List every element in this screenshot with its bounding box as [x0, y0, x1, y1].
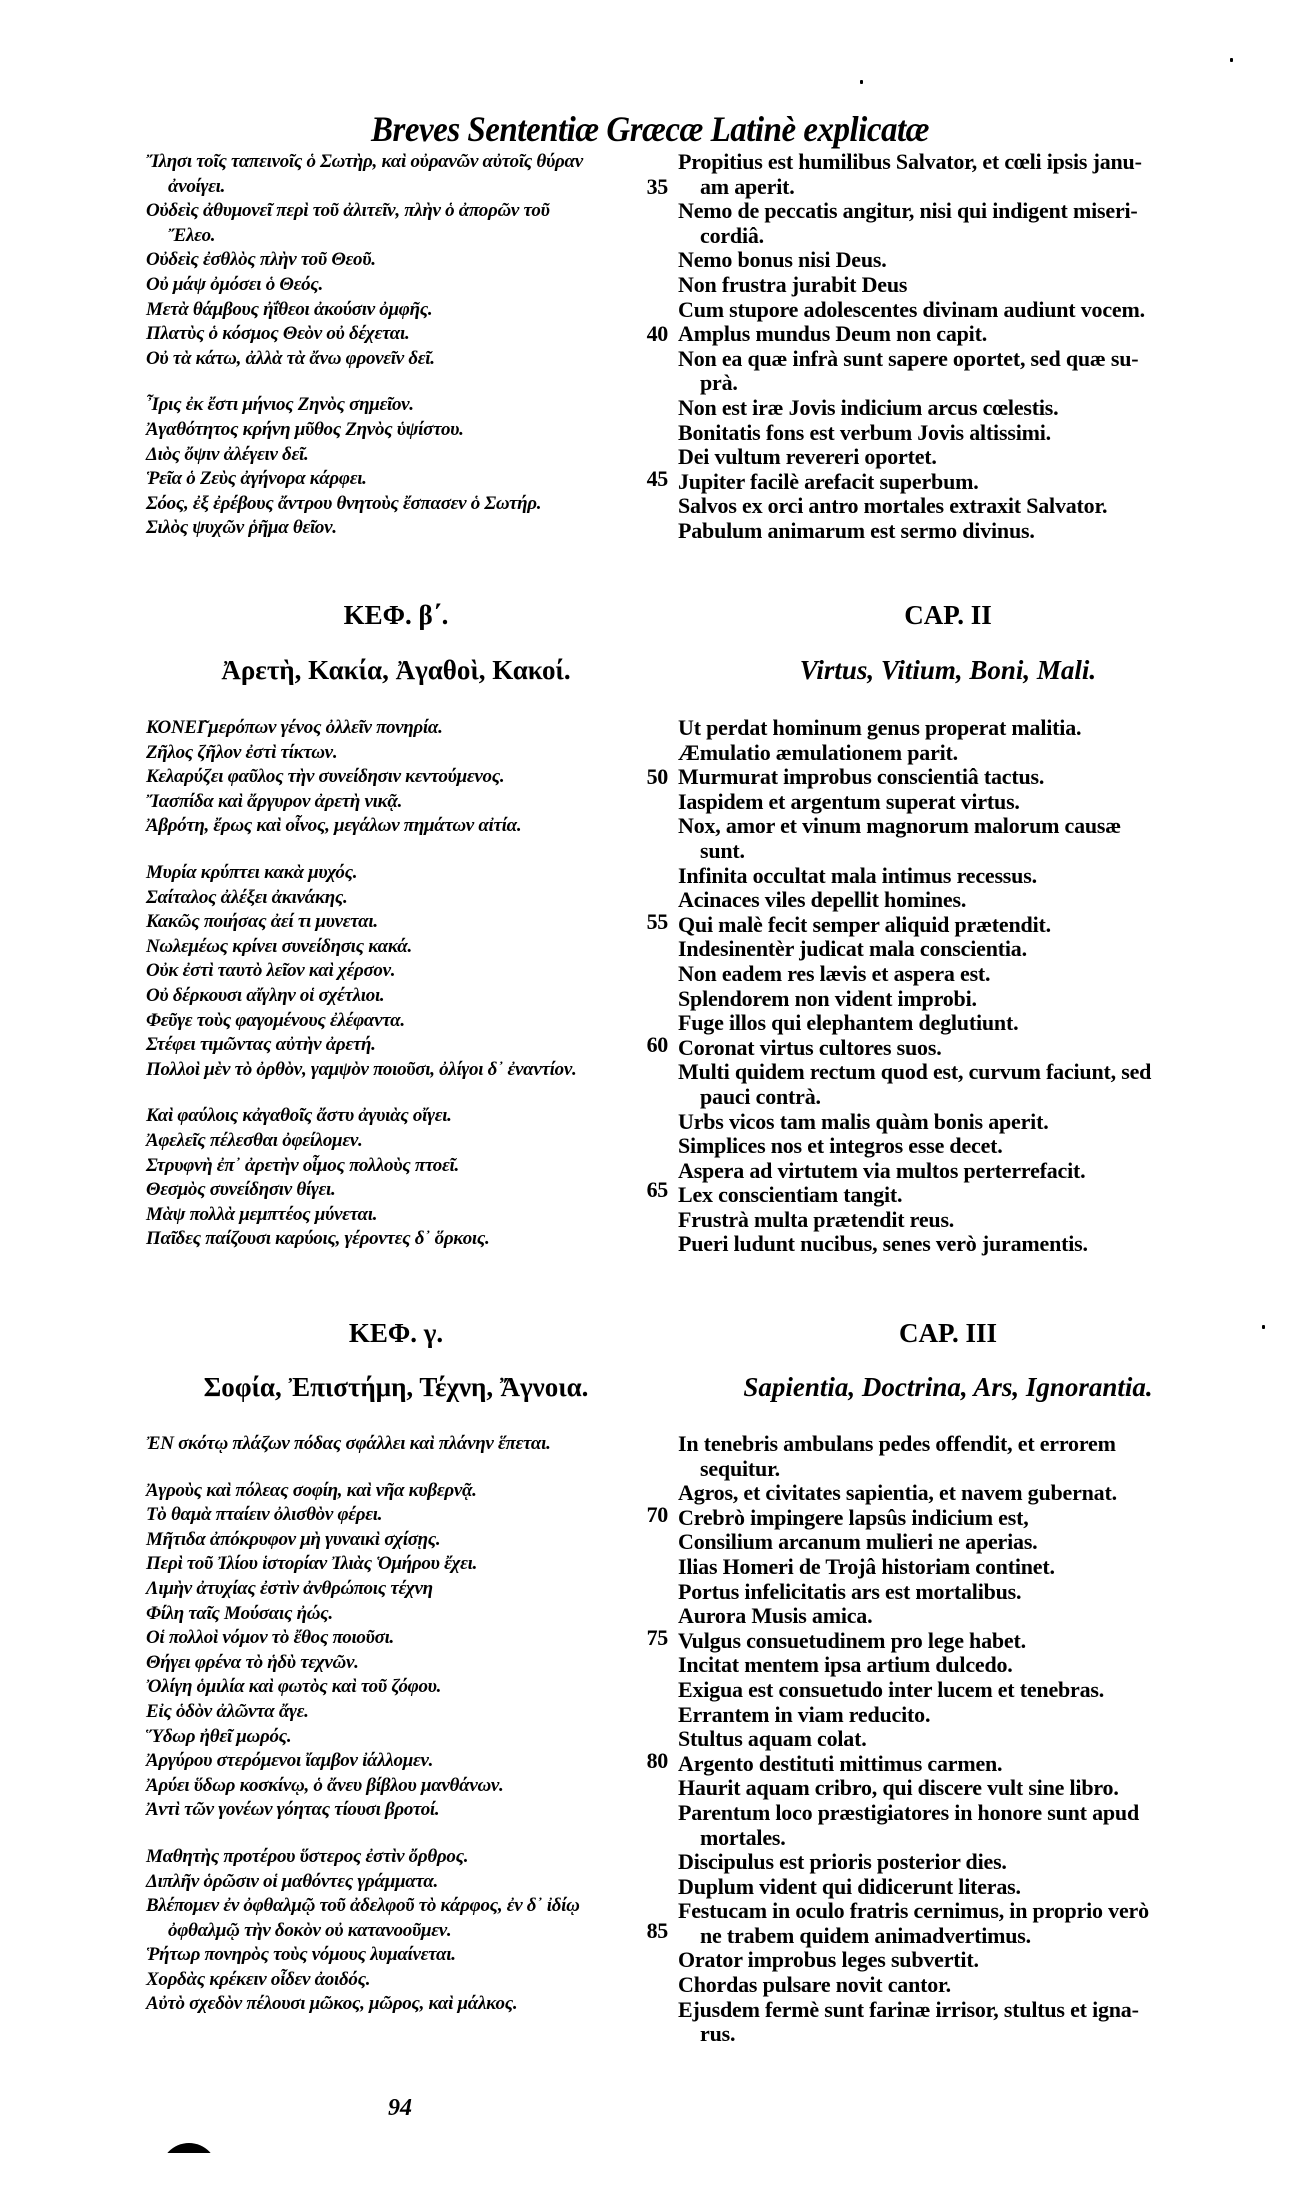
latin-sentence: Non frustra jurabit Deus [678, 273, 1218, 298]
greek-sentence-text: Ἀγροὺς καὶ πόλεας σοφίη, καὶ νῆα κυβερνᾷ… [146, 1480, 477, 1501]
latin-sentence: Aspera ad virtutem via multos perterrefa… [678, 1159, 1218, 1184]
latin-sentence: Nox, amor et vinum magnorum malorum caus… [678, 814, 1218, 839]
latin-sentence-text: Consilium arcanum mulieri ne aperias. [678, 1529, 1037, 1554]
greek-sentence-text: Πλατὺς ὁ κόσμος Θεὸν οὐ δέχεται. [146, 323, 409, 344]
page-number: 94 [388, 2095, 412, 2122]
greek-sentence: Σιλὸς ψυχῶν ῥῆμα θεῖον. [146, 516, 666, 541]
greek-sentence-text: Βλέπομεν ἐν ὀφθαλμῷ τοῦ ἀδελφοῦ τὸ κάρφο… [146, 1895, 580, 1916]
latin-sentence: Agros, et civitates sapientia, et navem … [678, 1481, 1218, 1506]
greek-sentence: Ὀλίγη ὁμιλία καὶ φωτὸς καὶ τοῦ ζόφου. [146, 1675, 666, 1700]
latin-sentence: Errantem in viam reducito. [678, 1703, 1218, 1728]
latin-sentence: Consilium arcanum mulieri ne aperias. [678, 1530, 1218, 1555]
greek-continuation-text: ἀνοίγει. [168, 176, 225, 197]
greek-sentence-text: Ῥήτωρ πονηρὸς τοὺς νόμους λυμαίνεται. [146, 1944, 456, 1965]
greek-sentence-text: Πολλοὶ μὲν τὸ ὀρθὸν, γαμψὸν ποιοῦσι, ὀλί… [146, 1059, 576, 1080]
greek-sentence: Σόος, ἐξ ἐρέβους ἄντρου θνητοὺς ἔσπασεν … [146, 492, 666, 517]
latin-sentence-text: Duplum vident qui didicerunt literas. [678, 1874, 1021, 1899]
greek-sentence: Οὐ μάψ ὀμόσει ὁ Θεός. [146, 273, 666, 298]
latin-sentence-text: Lex conscientiam tangit. [678, 1182, 902, 1207]
line-number: 80 [647, 1749, 668, 1774]
greek-sentence-text: Σόος, ἐξ ἐρέβους ἄντρου θνητοὺς ἔσπασεν … [146, 493, 541, 514]
latin-sentence-text: Dei vultum revereri oportet. [678, 444, 937, 469]
latin-sentence-text: Fuge illos qui elephantem deglutiunt. [678, 1010, 1018, 1035]
chapter3-greek-heading: ΚΕΦ. γ. [146, 1318, 646, 1349]
greek-sentence: Σαίταλος ἀλέξει ἀκινάκης. [146, 886, 666, 911]
greek-sentence: Κελαρύζει φαῦλος τὴν συνείδησιν κεντούμε… [146, 765, 666, 790]
greek-sentence: Φεῦγε τοὺς φαγομένους ἐλέφαντα. [146, 1009, 666, 1034]
scan-speck [860, 80, 863, 84]
latin-sentence-text: Crebrò impingere lapsûs indicium est, [678, 1505, 1029, 1530]
latin-sentence-text: Exigua est consuetudo inter lucem et ten… [678, 1677, 1104, 1702]
latin-sentence-text: Incitat mentem ipsa artium dulcedo. [678, 1652, 1013, 1677]
latin-sentence: Amplus mundus Deum non capit. [678, 322, 1218, 347]
greek-sentence: Ὕδωρ ἠθεῖ μωρός. [146, 1725, 666, 1750]
greek-sentence: Παῖδες παίζουσι καρύοις, γέροντες δ᾽ ὅρκ… [146, 1227, 666, 1252]
greek-sentence-text: Οἱ πολλοὶ νόμον τὸ ἔθος ποιοῦσι. [146, 1627, 394, 1648]
greek-sentence-text: Οὐκ ἐστὶ ταυτὸ λεῖον καὶ χέρσον. [146, 960, 395, 981]
chapter2-latin-subtitle: Virtus, Vitium, Boni, Mali. [678, 655, 1218, 686]
latin-sentence-text: Discipulus est prioris posterior dies. [678, 1849, 1007, 1874]
latin-sentence-text: Nox, amor et vinum magnorum malorum caus… [678, 813, 1121, 838]
scan-artifact-arc [160, 2143, 218, 2173]
latin-continuation-text: pauci contrà. [700, 1084, 821, 1109]
latin-sentence-text: Infinita occultat mala intimus recessus. [678, 863, 1037, 888]
greek-sentence: Θεσμὸς συνείδησιν θίγει.65 [146, 1178, 666, 1203]
greek-sentence-text: Ἀντὶ τῶν γονέων γόητας τίουσι βροτοί. [146, 1799, 439, 1820]
greek-sentence-text: Σαίταλος ἀλέξει ἀκινάκης. [146, 887, 348, 908]
latin-sentence-text: Indesinentèr judicat mala conscientia. [678, 936, 1027, 961]
latin-sentence: Simplices nos et integros esse decet. [678, 1134, 1218, 1159]
greek-sentence: Ῥεῖα ὁ Ζεὺς ἀγήνορα κάρφει.45 [146, 467, 666, 492]
greek-sentence: Οὐ τὰ κάτω, ἀλλὰ τὰ ἄνω φρονεῖν δεῖ. [146, 347, 666, 372]
greek-sentence: Πλατὺς ὁ κόσμος Θεὸν οὐ δέχεται.40 [146, 322, 666, 347]
latin-sentence: Argento destituti mittimus carmen. [678, 1752, 1218, 1777]
latin-sentence: Vulgus consuetudinem pro lege habet. [678, 1629, 1218, 1654]
greek-sentence: Οὐκ ἐστὶ ταυτὸ λεῖον καὶ χέρσον. [146, 959, 666, 984]
latin-sentence-text: Qui malè fecit semper aliquid prætendit. [678, 912, 1051, 937]
greek-sentence: Τὸ θαμὰ πταίειν ὀλισθὸν φέρει.70 [146, 1503, 666, 1528]
latin-sentence-text: Non ea quæ infrà sunt sapere oportet, se… [678, 346, 1138, 371]
latin-sentence-continuation: ne trabem quidem animadvertimus. [678, 1924, 1218, 1949]
chapter2-greek-heading: ΚΕΦ. β΄. [146, 600, 646, 631]
greek-sentence: Ἀντὶ τῶν γονέων γόητας τίουσι βροτοί. [146, 1798, 666, 1823]
latin-sentence-text: Acinaces viles depellit homines. [678, 887, 966, 912]
greek-sentence: Διπλῆν ὁρῶσιν οἱ μαθόντες γράμματα. [146, 1870, 666, 1895]
latin-continuation-text: sequitur. [700, 1456, 780, 1481]
greek-sentence: Ἀρύει ὕδωρ κοσκίνῳ, ὁ ἄνευ βίβλου μανθάν… [146, 1774, 666, 1799]
greek-sentence-text: Αὐτὸ σχεδὸν πέλουσι μῶκος, μῶρος, καὶ μά… [146, 1993, 517, 2014]
greek-sentence-text: Μῆτιδα ἀπόκρυφον μὴ γυναικὶ σχίσῃς. [146, 1529, 440, 1550]
latin-sentence-text: Jupiter facilè arefacit superbum. [678, 469, 979, 494]
latin-sentence-text: Bonitatis fons est verbum Jovis altissim… [678, 420, 1051, 445]
greek-sentence-text: Περὶ τοῦ Ἰλίου ἱστορίαν Ἰλιὰς Ὁμήρου ἔχε… [146, 1553, 477, 1574]
paragraph-gap [146, 1082, 666, 1104]
latin-sentence-text: Multi quidem rectum quod est, curvum fac… [678, 1059, 1151, 1084]
greek-sentence-text: Φεῦγε τοὺς φαγομένους ἐλέφαντα. [146, 1010, 405, 1031]
paragraph-gap [146, 1823, 666, 1845]
latin-sentence: Non eadem res lævis et aspera est. [678, 962, 1218, 987]
greek-sentence: ἘΝ σκότῳ πλάζων πόδας σφάλλει καὶ πλάνην… [146, 1432, 666, 1457]
latin-sentence-continuation: sequitur. [678, 1457, 1218, 1482]
latin-sentence-continuation: prà. [678, 371, 1218, 396]
greek-sentence-text: Οὐ τὰ κάτω, ἀλλὰ τὰ ἄνω φρονεῖν δεῖ. [146, 348, 435, 369]
greek-sentence: Στρυφνὴ ἐπ᾽ ἀρετὴν οἶμος πολλοὺς πτοεῖ. [146, 1154, 666, 1179]
latin-sentence-text: Non eadem res lævis et aspera est. [678, 961, 990, 986]
latin-continuation-text: cordiâ. [700, 223, 764, 248]
line-number: 75 [647, 1626, 668, 1651]
latin-sentence: Bonitatis fons est verbum Jovis altissim… [678, 421, 1218, 446]
latin-sentence-continuation: cordiâ. [678, 224, 1218, 249]
greek-sentence-text: Μαθητὴς προτέρου ὕστερος ἐστὶν ὄρθρος. [146, 1846, 468, 1867]
greek-sentence: Κακῶς ποιήσας ἀεί τι μυνεται.55 [146, 910, 666, 935]
line-number: 70 [647, 1503, 668, 1528]
latin-sentence-text: Nemo bonus nisi Deus. [678, 247, 887, 272]
chapter3-latin-column: In tenebris ambulans pedes offendit, et … [678, 1432, 1218, 2047]
latin-sentence: Ut perdat hominum genus properat malitia… [678, 716, 1218, 741]
greek-sentence: Λιμὴν ἀτυχίας ἐστὶν ἀνθρώποις τέχνη [146, 1577, 666, 1602]
section1-greek-column: Ἴλησι τοῖς ταπεινοῖς ὁ Σωτὴρ, καὶ οὐρανῶ… [146, 150, 666, 541]
greek-sentence-text: Νωλεμέως κρίνει συνείδησις κακά. [146, 936, 412, 957]
greek-sentence-text: Διὸς ὄψιν ἀλέγειν δεῖ. [146, 444, 308, 465]
greek-sentence-text: Λιμὴν ἀτυχίας ἐστὶν ἀνθρώποις τέχνη [146, 1578, 433, 1599]
latin-sentence-text: Agros, et civitates sapientia, et navem … [678, 1480, 1117, 1505]
greek-sentence-text: Μυρία κρύπτει κακὰ μυχός. [146, 862, 357, 883]
latin-sentence: Non ea quæ infrà sunt sapere oportet, se… [678, 347, 1218, 372]
latin-continuation-text: mortales. [700, 1825, 786, 1850]
latin-sentence: Frustrà multa prætendit reus. [678, 1208, 1218, 1233]
latin-sentence-text: Cum stupore adolescentes divinam audiunt… [678, 297, 1145, 322]
greek-sentence: Χορδὰς κρέκειν οἶδεν ἀοιδός. [146, 1968, 666, 1993]
latin-sentence-text: Murmurat improbus conscientiâ tactus. [678, 764, 1044, 789]
greek-continuation-text: Ἔλεο. [168, 225, 215, 246]
latin-sentence: Murmurat improbus conscientiâ tactus. [678, 765, 1218, 790]
latin-sentence-text: Non est iræ Jovis indicium arcus cœlesti… [678, 395, 1058, 420]
greek-sentence-text: ἘΝ σκότῳ πλάζων πόδας σφάλλει καὶ πλάνην… [146, 1433, 551, 1454]
latin-continuation-text: ne trabem quidem animadvertimus. [700, 1923, 1031, 1948]
greek-sentence-text: Ἴασπίδα καὶ ἄργυρον ἀρετὴ νικᾷ. [146, 791, 402, 812]
greek-sentence: Οἱ πολλοὶ νόμον τὸ ἔθος ποιοῦσι.75 [146, 1626, 666, 1651]
latin-sentence-continuation: sunt. [678, 839, 1218, 864]
chapter2-latin-column: Ut perdat hominum genus properat malitia… [678, 716, 1218, 1257]
greek-sentence-text: Τὸ θαμὰ πταίειν ὀλισθὸν φέρει. [146, 1504, 382, 1525]
latin-sentence: Infinita occultat mala intimus recessus. [678, 864, 1218, 889]
latin-sentence: Festucam in oculo fratris cernimus, in p… [678, 1899, 1218, 1924]
greek-sentence: Ἶρις ἐκ ἔστι μήνιος Ζηνὸς σημεῖον. [146, 393, 666, 418]
line-number: 55 [647, 910, 668, 935]
latin-sentence: Stultus aquam colat. [678, 1727, 1218, 1752]
greek-sentence-text: Ἀγαθότητος κρήνη μῦθος Ζηνὸς ὑψίστου. [146, 419, 464, 440]
greek-sentence-text: ΚΟΝΕΙ͂ μερόπων γένος ὀλλεῖν πονηρία. [146, 717, 443, 738]
scan-speck [1262, 1325, 1265, 1329]
latin-sentence-text: Iaspidem et argentum superat virtus. [678, 789, 1020, 814]
latin-sentence-text: Splendorem non vident improbi. [678, 986, 977, 1011]
chapter2-latin-heading: CAP. II [678, 600, 1218, 631]
latin-sentence-text: Portus infelicitatis ars est mortalibus. [678, 1579, 1021, 1604]
latin-sentence-text: Æmulatio æmulationem parit. [678, 740, 958, 765]
greek-sentence: Φίλη ταῖς Μούσαις ἠώς. [146, 1602, 666, 1627]
latin-sentence: Salvos ex orci antro mortales extraxit S… [678, 494, 1218, 519]
greek-sentence-text: Ἀβρότη, ἔρως καὶ οἶνος, μεγάλων πημάτων … [146, 815, 521, 836]
latin-sentence: Orator improbus leges subvertit. [678, 1948, 1218, 1973]
latin-sentence: Coronat virtus cultores suos. [678, 1036, 1218, 1061]
greek-sentence: Πολλοὶ μὲν τὸ ὀρθὸν, γαμψὸν ποιοῦσι, ὀλί… [146, 1058, 666, 1083]
greek-sentence: Μετὰ θάμβους ἠΐθεοι ἀκούσιν ὀμφῆς. [146, 298, 666, 323]
latin-sentence-text: Aurora Musis amica. [678, 1603, 872, 1628]
greek-sentence-text: Ἀρύει ὕδωρ κοσκίνῳ, ὁ ἄνευ βίβλου μανθάν… [146, 1775, 503, 1796]
latin-sentence: Multi quidem rectum quod est, curvum fac… [678, 1060, 1218, 1085]
greek-sentence: Βλέπομεν ἐν ὀφθαλμῷ τοῦ ἀδελφοῦ τὸ κάρφο… [146, 1894, 666, 1919]
greek-sentence-text: Φίλη ταῖς Μούσαις ἠώς. [146, 1603, 333, 1624]
greek-sentence-text: Ὀλίγη ὁμιλία καὶ φωτὸς καὶ τοῦ ζόφου. [146, 1676, 441, 1697]
latin-sentence: Jupiter facilè arefacit superbum. [678, 470, 1218, 495]
latin-sentence: Propitius est humilibus Salvator, et cœl… [678, 150, 1218, 175]
latin-sentence-text: Coronat virtus cultores suos. [678, 1035, 942, 1060]
greek-sentence-text: Ἀργύρου στερόμενοι ἴαμβον ἰάλλομεν. [146, 1750, 433, 1771]
latin-sentence: Urbs vicos tam malis quàm bonis aperit. [678, 1110, 1218, 1135]
latin-sentence: Pueri ludunt nucibus, senes verò juramen… [678, 1232, 1218, 1257]
greek-continuation-text: ὀφθαλμῷ τὴν δοκὸν οὐ κατανοοῦμεν. [168, 1920, 451, 1941]
latin-sentence: Iaspidem et argentum superat virtus. [678, 790, 1218, 815]
greek-sentence-continuation: ἀνοίγει.35 [146, 175, 666, 200]
greek-sentence-text: Στρυφνὴ ἐπ᾽ ἀρετὴν οἶμος πολλοὺς πτοεῖ. [146, 1155, 459, 1176]
greek-sentence-text: Χορδὰς κρέκειν οἶδεν ἀοιδός. [146, 1969, 370, 1990]
greek-sentence: Ἀγροὺς καὶ πόλεας σοφίη, καὶ νῆα κυβερνᾷ… [146, 1479, 666, 1504]
scan-speck [1230, 58, 1233, 62]
greek-sentence-text: Διπλῆν ὁρῶσιν οἱ μαθόντες γράμματα. [146, 1871, 438, 1892]
latin-sentence: Crebrò impingere lapsûs indicium est, [678, 1506, 1218, 1531]
greek-sentence-text: Ἀφελεῖς πέλεσθαι ὀφείλομεν. [146, 1130, 362, 1151]
latin-sentence-text: Salvos ex orci antro mortales extraxit S… [678, 493, 1107, 518]
latin-sentence-text: Festucam in oculo fratris cernimus, in p… [678, 1898, 1149, 1923]
line-number: 35 [647, 175, 668, 200]
latin-sentence: Parentum loco præstigiatores in honore s… [678, 1801, 1218, 1826]
greek-sentence: ΚΟΝΕΙ͂ μερόπων γένος ὀλλεῖν πονηρία. [146, 716, 666, 741]
latin-sentence-text: In tenebris ambulans pedes offendit, et … [678, 1431, 1116, 1456]
latin-sentence: Ejusdem fermè sunt farinæ irrisor, stult… [678, 1998, 1218, 2023]
greek-sentence-text: Θεσμὸς συνείδησιν θίγει. [146, 1179, 335, 1200]
chapter2-greek-column: ΚΟΝΕΙ͂ μερόπων γένος ὀλλεῖν πονηρία.Ζῆλο… [146, 716, 666, 1252]
paragraph-gap [146, 371, 666, 393]
latin-sentence-text: Vulgus consuetudinem pro lege habet. [678, 1628, 1026, 1653]
greek-sentence-text: Ἶρις ἐκ ἔστι μήνιος Ζηνὸς σημεῖον. [146, 394, 414, 415]
latin-sentence: Incitat mentem ipsa artium dulcedo. [678, 1653, 1218, 1678]
latin-sentence-text: Parentum loco præstigiatores in honore s… [678, 1800, 1139, 1825]
latin-sentence: Haurit aquam cribro, qui discere vult si… [678, 1776, 1218, 1801]
latin-sentence: Nemo de peccatis angitur, nisi qui indig… [678, 199, 1218, 224]
latin-sentence-text: Ilias Homeri de Trojâ historiam continet… [678, 1554, 1055, 1579]
latin-sentence-text: Ut perdat hominum genus properat malitia… [678, 715, 1081, 740]
latin-sentence-text: Haurit aquam cribro, qui discere vult si… [678, 1775, 1119, 1800]
greek-sentence-text: Οὐ μάψ ὀμόσει ὁ Θεός. [146, 274, 323, 295]
latin-sentence: Acinaces viles depellit homines. [678, 888, 1218, 913]
greek-sentence-text: Ἴλησι τοῖς ταπεινοῖς ὁ Σωτὴρ, καὶ οὐρανῶ… [146, 151, 583, 172]
line-number: 50 [647, 765, 668, 790]
latin-sentence-continuation: mortales. [678, 1826, 1218, 1851]
latin-sentence: Splendorem non vident improbi. [678, 987, 1218, 1012]
latin-sentence: Chordas pulsare novit cantor. [678, 1973, 1218, 1998]
latin-sentence-text: Non frustra jurabit Deus [678, 272, 907, 297]
greek-sentence: Στέφει τιμῶντας αὐτὴν ἀρετή.60 [146, 1033, 666, 1058]
greek-sentence: Εἰς ὁδὸν ἀλῶντα ἄγε. [146, 1700, 666, 1725]
latin-sentence: Exigua est consuetudo inter lucem et ten… [678, 1678, 1218, 1703]
greek-sentence-text: Στέφει τιμῶντας αὐτὴν ἀρετή. [146, 1034, 376, 1055]
latin-sentence: Æmulatio æmulationem parit. [678, 741, 1218, 766]
section1-latin-column: Propitius est humilibus Salvator, et cœl… [678, 150, 1218, 544]
greek-sentence: Οὐδεὶς ἐσθλὸς πλὴν τοῦ Θεοῦ. [146, 248, 666, 273]
greek-sentence-text: Κακῶς ποιήσας ἀεί τι μυνεται. [146, 911, 378, 932]
greek-sentence: Ἀβρότη, ἔρως καὶ οἶνος, μεγάλων πημάτων … [146, 814, 666, 839]
chapter2-greek-subtitle: Ἀρετὴ, Κακία, Ἀγαθοὶ, Κακοί. [146, 655, 646, 686]
greek-sentence-text: Ὕδωρ ἠθεῖ μωρός. [146, 1726, 291, 1747]
greek-sentence-text: Σιλὸς ψυχῶν ῥῆμα θεῖον. [146, 517, 337, 538]
chapter3-greek-column: ἘΝ σκότῳ πλάζων πόδας σφάλλει καὶ πλάνην… [146, 1432, 666, 2017]
line-number: 45 [647, 467, 668, 492]
greek-sentence: Μὰψ πολλὰ μεμπτέος μύνεται. [146, 1203, 666, 1228]
greek-sentence-text: Μὰψ πολλὰ μεμπτέος μύνεται. [146, 1204, 377, 1225]
latin-sentence-text: Argento destituti mittimus carmen. [678, 1751, 1002, 1776]
latin-sentence-continuation: rus. [678, 2022, 1218, 2047]
chapter3-latin-heading: CAP. III [678, 1318, 1218, 1349]
line-number: 40 [647, 322, 668, 347]
latin-sentence: Dei vultum revereri oportet. [678, 445, 1218, 470]
greek-sentence: Περὶ τοῦ Ἰλίου ἱστορίαν Ἰλιὰς Ὁμήρου ἔχε… [146, 1552, 666, 1577]
latin-sentence-text: Stultus aquam colat. [678, 1726, 867, 1751]
latin-sentence-continuation: am aperit. [678, 175, 1218, 200]
latin-sentence-text: Pueri ludunt nucibus, senes verò juramen… [678, 1231, 1088, 1256]
greek-sentence: Ῥήτωρ πονηρὸς τοὺς νόμους λυμαίνεται. [146, 1943, 666, 1968]
greek-sentence-text: Εἰς ὁδὸν ἀλῶντα ἄγε. [146, 1701, 309, 1722]
chapter3-greek-subtitle: Σοφία, Ἐπιστήμη, Τέχνη, Ἄγνοια. [146, 1372, 646, 1403]
greek-sentence: Μυρία κρύπτει κακὰ μυχός. [146, 861, 666, 886]
greek-sentence: Ἀγαθότητος κρήνη μῦθος Ζηνὸς ὑψίστου. [146, 418, 666, 443]
latin-sentence-text: Pabulum animarum est sermo divinus. [678, 518, 1035, 543]
line-number: 65 [647, 1178, 668, 1203]
latin-continuation-text: am aperit. [700, 174, 795, 199]
latin-sentence-text: Ejusdem fermè sunt farinæ irrisor, stult… [678, 1997, 1139, 2022]
greek-sentence: Οὐδεὶς ἀθυμονεῖ περὶ τοῦ ἀλιτεῖν, πλὴν ὁ… [146, 199, 666, 224]
latin-sentence: Non est iræ Jovis indicium arcus cœlesti… [678, 396, 1218, 421]
greek-sentence: Αὐτὸ σχεδὸν πέλουσι μῶκος, μῶρος, καὶ μά… [146, 1992, 666, 2017]
greek-sentence-text: Οὐ δέρκουσι αἴγλην οἱ σχέτλιοι. [146, 985, 384, 1006]
paragraph-gap [146, 1457, 666, 1479]
latin-sentence: Discipulus est prioris posterior dies. [678, 1850, 1218, 1875]
greek-sentence: Διὸς ὄψιν ἀλέγειν δεῖ. [146, 443, 666, 468]
latin-sentence-text: Chordas pulsare novit cantor. [678, 1972, 951, 1997]
greek-sentence: Ἀφελεῖς πέλεσθαι ὀφείλομεν. [146, 1129, 666, 1154]
latin-sentence: Nemo bonus nisi Deus. [678, 248, 1218, 273]
latin-sentence: Duplum vident qui didicerunt literas. [678, 1875, 1218, 1900]
greek-sentence: Θήγει φρένα τὸ ἡδὺ τεχνῶν. [146, 1651, 666, 1676]
greek-sentence-text: Ῥεῖα ὁ Ζεὺς ἀγήνορα κάρφει. [146, 468, 367, 489]
greek-sentence: Ζῆλος ζῆλον ἐστὶ τίκτων. [146, 741, 666, 766]
latin-sentence-text: Nemo de peccatis angitur, nisi qui indig… [678, 198, 1138, 223]
greek-sentence: Μῆτιδα ἀπόκρυφον μὴ γυναικὶ σχίσῃς. [146, 1528, 666, 1553]
latin-sentence: Indesinentèr judicat mala conscientia. [678, 937, 1218, 962]
running-title: Breves Sententiæ Græcæ Latinè explicatæ [0, 111, 1300, 151]
latin-sentence-text: Propitius est humilibus Salvator, et cœl… [678, 149, 1142, 174]
latin-sentence: Pabulum animarum est sermo divinus. [678, 519, 1218, 544]
line-number: 85 [647, 1919, 668, 1944]
greek-sentence-continuation: Ἔλεο. [146, 224, 666, 249]
greek-sentence-text: Θήγει φρένα τὸ ἡδὺ τεχνῶν. [146, 1652, 359, 1673]
latin-continuation-text: prà. [700, 370, 738, 395]
greek-sentence-text: Οὐδεὶς ἀθυμονεῖ περὶ τοῦ ἀλιτεῖν, πλὴν ὁ… [146, 200, 550, 221]
greek-sentence: Μαθητὴς προτέρου ὕστερος ἐστὶν ὄρθρος. [146, 1845, 666, 1870]
greek-sentence-text: Ζῆλος ζῆλον ἐστὶ τίκτων. [146, 742, 337, 763]
latin-continuation-text: sunt. [700, 838, 745, 863]
chapter3-latin-subtitle: Sapientia, Doctrina, Ars, Ignorantia. [678, 1372, 1218, 1403]
greek-sentence: Οὐ δέρκουσι αἴγλην οἱ σχέτλιοι. [146, 984, 666, 1009]
latin-continuation-text: rus. [700, 2021, 735, 2046]
greek-sentence: Ἴασπίδα καὶ ἄργυρον ἀρετὴ νικᾷ. [146, 790, 666, 815]
greek-sentence-text: Κελαρύζει φαῦλος τὴν συνείδησιν κεντούμε… [146, 766, 504, 787]
latin-sentence: Qui malè fecit semper aliquid prætendit. [678, 913, 1218, 938]
latin-sentence-text: Amplus mundus Deum non capit. [678, 321, 987, 346]
latin-sentence-text: Aspera ad virtutem via multos perterrefa… [678, 1158, 1085, 1183]
line-number: 60 [647, 1033, 668, 1058]
latin-sentence: Ilias Homeri de Trojâ historiam continet… [678, 1555, 1218, 1580]
greek-sentence-continuation: ὀφθαλμῷ τὴν δοκὸν οὐ κατανοοῦμεν.85 [146, 1919, 666, 1944]
greek-sentence-text: Μετὰ θάμβους ἠΐθεοι ἀκούσιν ὀμφῆς. [146, 299, 432, 320]
latin-sentence: In tenebris ambulans pedes offendit, et … [678, 1432, 1218, 1457]
latin-sentence: Lex conscientiam tangit. [678, 1183, 1218, 1208]
greek-sentence: Ἀργύρου στερόμενοι ἴαμβον ἰάλλομεν.80 [146, 1749, 666, 1774]
latin-sentence: Cum stupore adolescentes divinam audiunt… [678, 298, 1218, 323]
greek-sentence-text: Καὶ φαύλοις κἀγαθοῖς ἄστυ ἀγυιὰς οἴγει. [146, 1105, 452, 1126]
greek-sentence: Καὶ φαύλοις κἀγαθοῖς ἄστυ ἀγυιὰς οἴγει. [146, 1104, 666, 1129]
latin-sentence-text: Urbs vicos tam malis quàm bonis aperit. [678, 1109, 1049, 1134]
greek-sentence: Νωλεμέως κρίνει συνείδησις κακά. [146, 935, 666, 960]
paragraph-gap [146, 839, 666, 861]
latin-sentence-continuation: pauci contrà. [678, 1085, 1218, 1110]
latin-sentence: Aurora Musis amica. [678, 1604, 1218, 1629]
latin-sentence-text: Frustrà multa prætendit reus. [678, 1207, 954, 1232]
latin-sentence: Fuge illos qui elephantem deglutiunt. [678, 1011, 1218, 1036]
latin-sentence-text: Simplices nos et integros esse decet. [678, 1133, 1003, 1158]
greek-sentence: Ἴλησι τοῖς ταπεινοῖς ὁ Σωτὴρ, καὶ οὐρανῶ… [146, 150, 666, 175]
latin-sentence-text: Orator improbus leges subvertit. [678, 1947, 979, 1972]
greek-sentence-text: Παῖδες παίζουσι καρύοις, γέροντες δ᾽ ὅρκ… [146, 1228, 490, 1249]
latin-sentence-text: Errantem in viam reducito. [678, 1702, 930, 1727]
latin-sentence: Portus infelicitatis ars est mortalibus. [678, 1580, 1218, 1605]
greek-sentence-text: Οὐδεὶς ἐσθλὸς πλὴν τοῦ Θεοῦ. [146, 249, 376, 270]
